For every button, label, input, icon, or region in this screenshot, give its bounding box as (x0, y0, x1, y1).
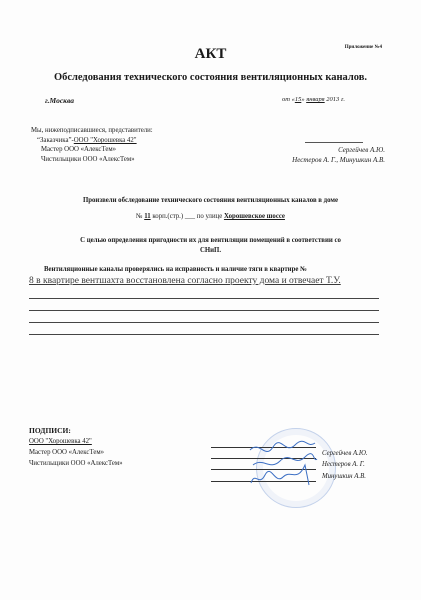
blank-line (29, 310, 379, 311)
signatures-heading: ПОДПИСИ: (29, 426, 71, 435)
date-month: января (306, 96, 324, 103)
blank-line (29, 298, 379, 299)
inspection-paragraph: Произвели обследование технического сост… (0, 197, 421, 204)
handwritten-signature-icon (245, 435, 320, 495)
street-name: Хорошевское шоссе (224, 213, 285, 220)
signature-name: Сергейчев А.Ю. (322, 450, 368, 457)
cleaners-label: Чистильщики ООО «АлексТем» (41, 156, 135, 163)
representatives-intro: Мы, нижеподписавшиеся, представители: (31, 127, 153, 134)
customer-label: “Заказчика”- (37, 137, 74, 144)
document-date: от «15» января 2013 г. (282, 96, 345, 103)
blank-line (305, 142, 363, 143)
master-name: Сергейчев А.Ю. (338, 146, 385, 154)
document-subtitle: Обследования технического состояния вент… (0, 72, 421, 83)
signature-name: Нестеров А. Г. (322, 461, 365, 468)
cleaners-names: Нестеров А. Г., Минушкин А.В. (292, 156, 385, 164)
signature-org: ООО "Хорошевка 42" (29, 438, 92, 445)
signature-master-label: Мастер ООО «АлексТем» (29, 449, 104, 456)
master-label: Мастер ООО «АлексТем» (41, 146, 116, 153)
house-middle: корп.(стр.) ___ по улице (151, 213, 224, 220)
signature-name: Минушкин А.В. (322, 473, 366, 480)
date-prefix: от « (282, 96, 295, 103)
result-text: 8 в квартире вентшахта восстановлена сог… (29, 276, 341, 286)
date-year: 2013 г. (325, 96, 345, 103)
customer-name: ООО "Хорошевка 42" (74, 137, 137, 144)
purpose-line-2: СНиП. (0, 247, 421, 254)
address-line: № 11 корп.(стр.) ___ по улице Хорошевско… (0, 213, 421, 220)
house-prefix: № (136, 213, 144, 220)
blank-line (29, 322, 379, 323)
customer-line: “Заказчика”-ООО "Хорошевка 42" (37, 137, 137, 144)
city: г.Москва (45, 96, 74, 105)
purpose-line-1: С целью определения пригодности их для в… (0, 237, 421, 244)
check-paragraph: Вентиляционные каналы проверялись на исп… (44, 266, 307, 273)
signature-cleaners-label: Чистильщики ООО «АлексТем» (29, 460, 123, 467)
document-title: АКТ (0, 46, 421, 63)
blank-line (29, 334, 379, 335)
